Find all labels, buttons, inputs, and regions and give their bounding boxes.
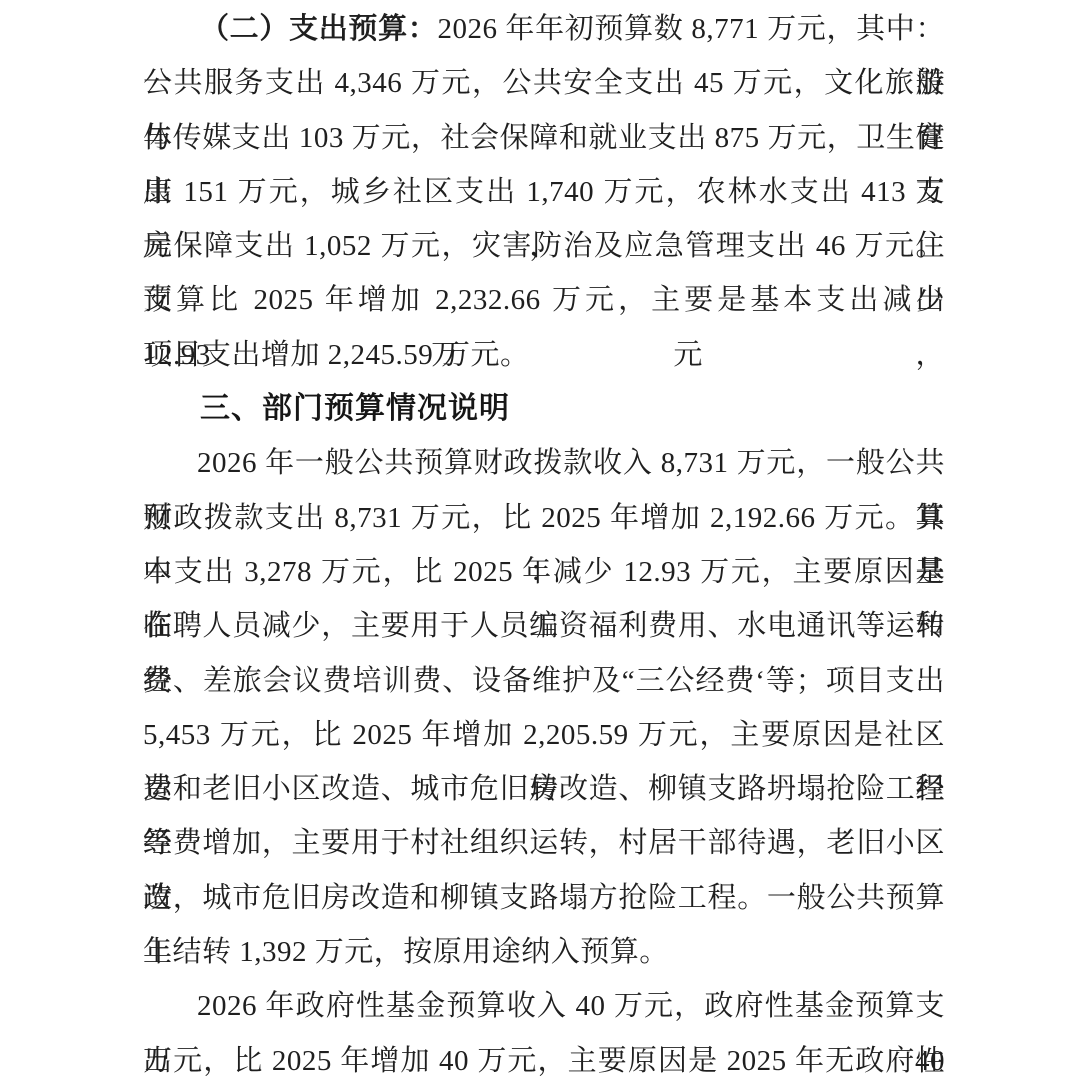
paragraph-lead: （二）支出预算： [200,13,437,45]
text-line: 与传媒支出 103 万元，社会保障和就业支出 875 万元，卫生健康支 [143,111,945,165]
section-heading: 三、部门预算情况说明 [143,382,945,436]
text-line: 预算比 2025 年增加 2,232.66 万元，主要是基本支出减少 12.93… [143,273,945,327]
text-line: 房保障支出 1,052 万元，灾害防治及应急管理支出 46 万元。支出 [143,219,945,273]
text-line: 经费增加，主要用于村社组织运转，村居干部待遇，老旧小区改 [143,816,945,870]
text-line: 出 151 万元，城乡社区支出 1,740 万元，农林水支出 413 万元，住 [143,165,945,219]
text-line: 临聘人员减少，主要用于人员工资福利费用、水电通讯等运转经 [143,599,945,653]
text-line: （二）支出预算：2026 年年初预算数 8,771 万元，其中：一般 [143,2,945,56]
text-line: 5,453 万元，比 2025 年增加 2,205.59 万元，主要原因是社区运… [143,708,945,762]
text-line: 年结转 1,392 万元，按原用途纳入预算。 [143,925,945,979]
document-page: （二）支出预算：2026 年年初预算数 8,771 万元，其中：一般公共服务支出… [0,0,1074,1091]
text-line: 造，城市危旧房改造和柳镇支路塌方抢险工程。一般公共预算上 [143,871,945,925]
text-line: 2026 年政府性基金预算收入 40 万元，政府性基金预算支出 40 [143,979,945,1033]
text-line: 公共服务支出 4,346 万元，公共安全支出 45 万元，文化旅游体育 [143,56,945,110]
text-line: 本支出 3,278 万元，比 2025 年减少 12.93 万元，主要原因是在编… [143,545,945,599]
text-line: 费和老旧小区改造、城市危旧房改造、柳镇支路坍塌抢险工程等 [143,762,945,816]
text-line: 万元，比 2025 年增加 40 万元，主要原因是 2025 年无政府性基金 [143,1034,945,1088]
text-line: 费、差旅会议费培训费、设备维护及“三公经费‘等；项目支出 [143,654,945,708]
text-line: 财政拨款支出 8,731 万元，比 2025 年增加 2,192.66 万元。其… [143,491,945,545]
text-line: 2026 年一般公共预算财政拨款收入 8,731 万元，一般公共预算 [143,436,945,490]
document-text-block: （二）支出预算：2026 年年初预算数 8,771 万元，其中：一般公共服务支出… [143,2,945,1088]
